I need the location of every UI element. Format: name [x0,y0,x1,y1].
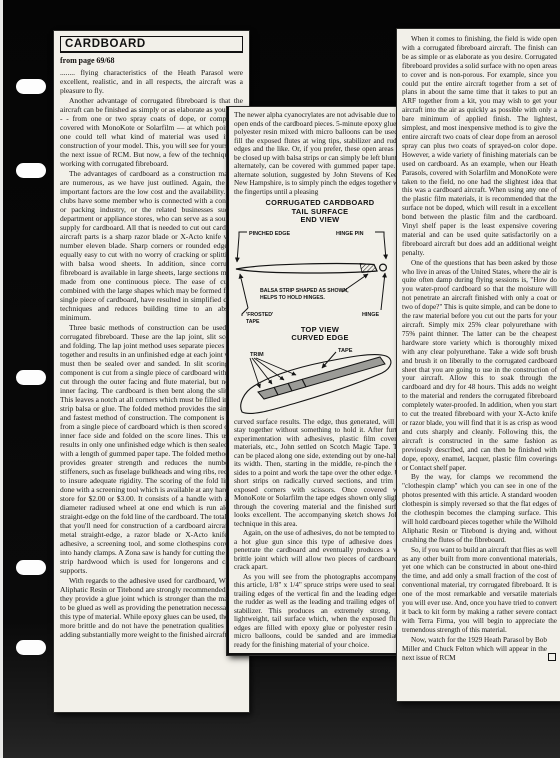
top-view-drawing: TRIM TAPE [234,344,396,416]
paragraph: As you will see from the photographs acc… [234,573,406,650]
binder-hole [16,370,46,385]
paragraph: Again, on the use of adhesives, do not b… [234,529,406,572]
label-frosted-1: 'FROSTED' [246,312,273,318]
paragraph: The advantages of cardboard as a constru… [60,169,243,322]
label-hinge-pin: HINGE PIN [336,231,364,237]
binder-hole [16,560,46,575]
paragraph: So, if you want to build an aircraft tha… [402,546,557,635]
label-tape: TAPE [338,348,353,354]
article-title: CARDBOARD [60,36,243,53]
tail-surface-diagram: CORRUGATED CARDBOARD TAIL SURFACE END VI… [234,199,406,416]
paragraph: With regards to the adhesive used for ca… [60,576,243,639]
hinge-pin-circle [380,264,387,271]
binder-hole [16,640,46,655]
diagram-title: CORRUGATED CARDBOARD TAIL SURFACE END VI… [234,199,406,225]
end-of-article-mark [548,653,556,661]
end-view-drawing: PINCHED EDGE HINGE PIN BALSA STRIP SHAPE… [234,226,396,324]
closing-paragraph: Now, watch for the 1929 Heath Parasol by… [402,636,557,663]
paragraph: The newer alpha cyanocrylates are not ad… [234,111,406,196]
paragraph: When it comes to finishing, the field is… [402,35,557,258]
label-frosted-2: TAPE [246,319,260,324]
paragraph: ........ flying characteristics of the H… [60,68,243,95]
continued-from-note: from page 69/68 [60,56,243,65]
paragraph: curved surface results. The edge, thus g… [234,418,406,529]
paragraph: One of the questions that has been asked… [402,259,557,473]
binder-hole [16,163,46,178]
label-hinge: HINGE [362,312,379,318]
paragraph: Three basic methods of construction can … [60,323,243,575]
label-pinched-edge: PINCHED EDGE [249,231,290,237]
scan-edge-strip [0,0,3,758]
label-balsa-1: BALSA STRIP SHAPED AS SHOWN, [260,288,349,294]
paragraph: By the way, for clamps we recommend the … [402,473,557,544]
label-balsa-2: HELPS TO HOLD HINGES. [260,295,325,301]
column-left: CARDBOARD from page 69/68 ........ flyin… [54,31,249,712]
column-middle: The newer alpha cyanocrylates are not ad… [227,107,411,655]
top-view-heading: TOP VIEW CURVED EDGE [234,326,406,343]
binder-hole [16,79,46,94]
closing-text: Now, watch for the 1929 Heath Parasol by… [402,636,547,662]
label-trim: TRIM [250,352,264,358]
column-right: When it comes to finishing, the field is… [397,29,560,701]
paragraph: Another advantage of corrugated fibreboa… [60,96,243,168]
balsa-strip-hatched [360,263,377,272]
